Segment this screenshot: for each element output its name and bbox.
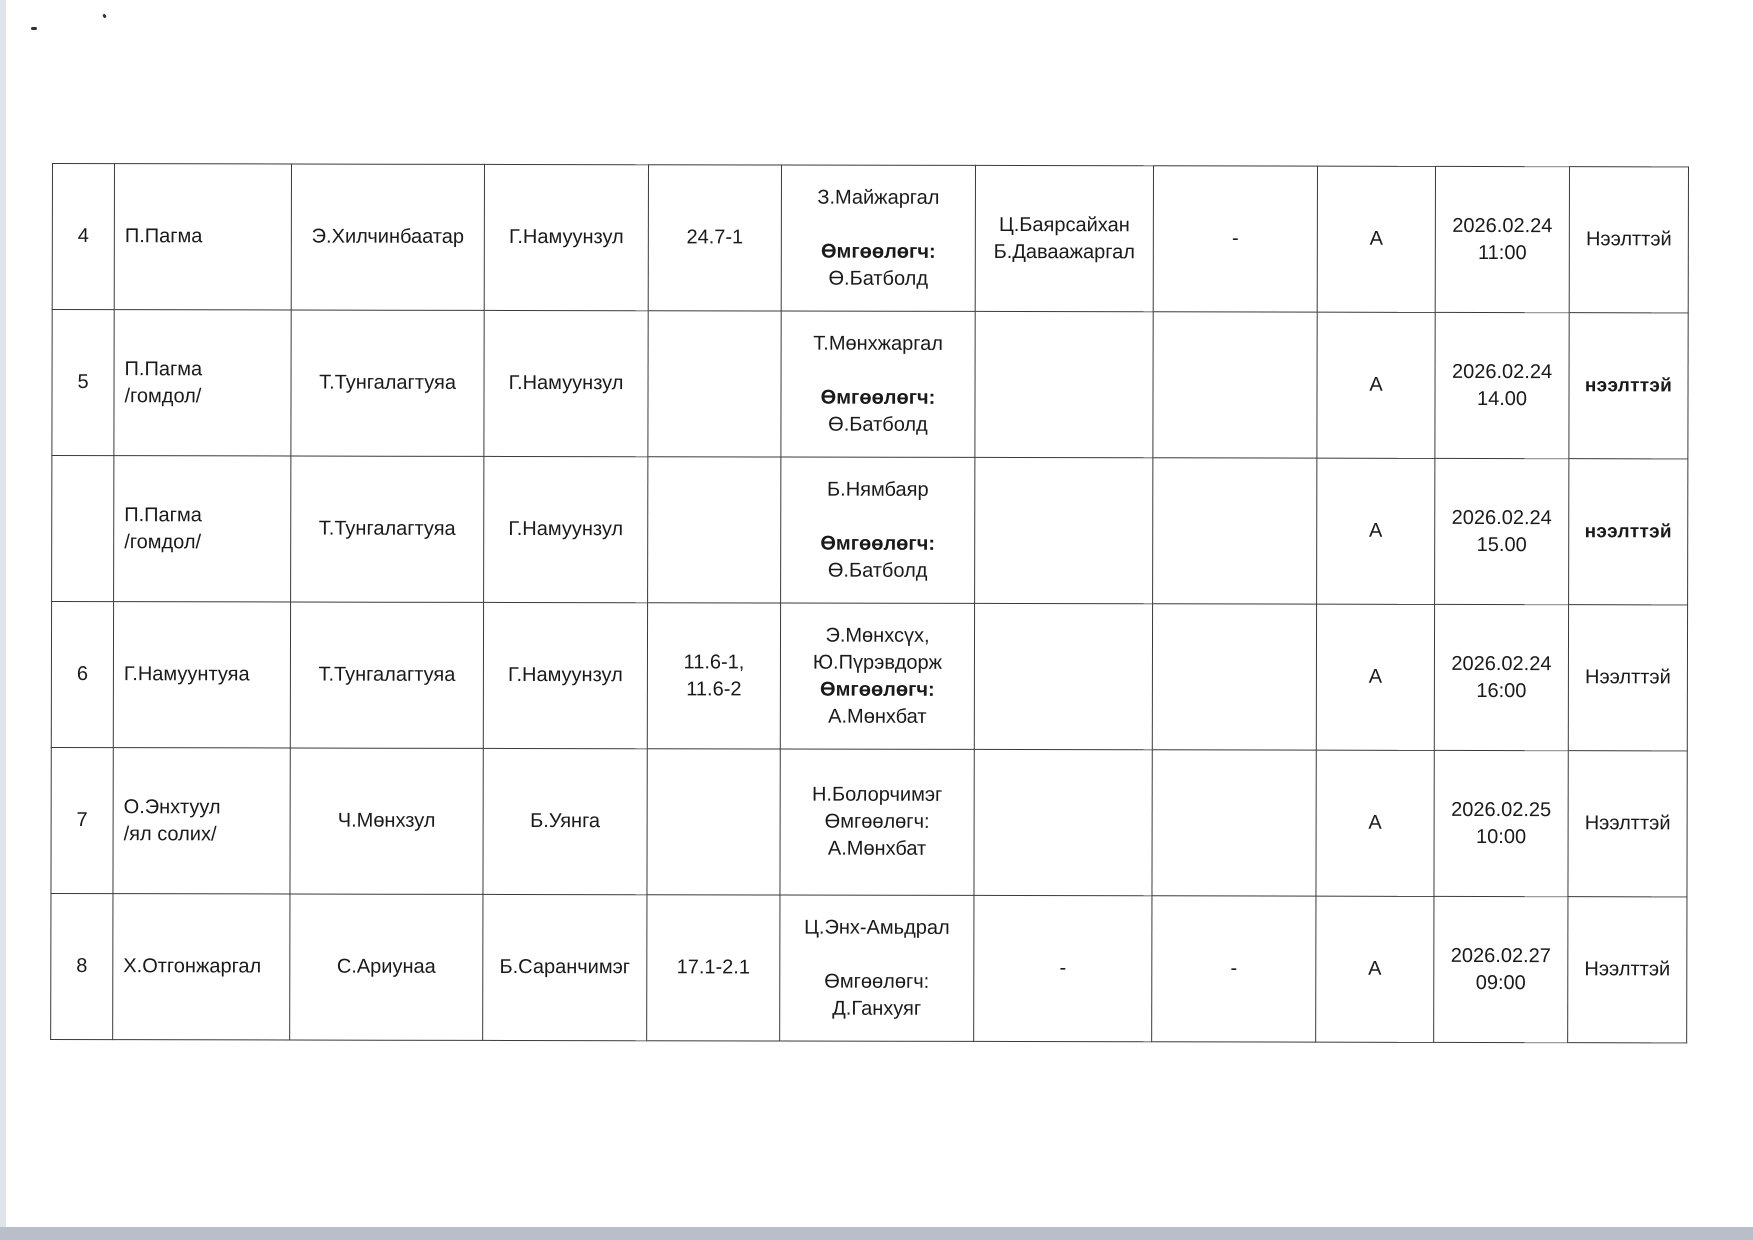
courtroom: А [1369, 374, 1382, 396]
judge-name: Ч.Мөнхзул [338, 810, 436, 832]
courtroom-cell: А [1317, 166, 1435, 312]
participants-cell: Э.Мөнхсүх,Ю.ПүрэвдоржӨмгөөлөгч:А.Мөнхбат [780, 603, 974, 749]
row-number-cell: 4 [52, 164, 114, 310]
secretary-cell: Б.Уянга [483, 748, 647, 894]
secretary-name: Б.Саранчимэг [499, 956, 630, 978]
secretary-cell: Г.Намуунзул [484, 310, 648, 456]
victim-cell: - [1153, 166, 1317, 312]
prosecutor-cell: Ц.БаярсайханБ.Даваажаргал [975, 165, 1153, 311]
hearing-time: 11:00 [1442, 239, 1563, 266]
defendant-cell: Г.Намуунтуяа [113, 602, 290, 748]
judge-name: С.Ариунаа [337, 956, 436, 978]
victim-value: - [1232, 227, 1239, 249]
secretary-cell: Г.Намуунзул [484, 456, 648, 602]
defendant-cell: Х.Отгонжаргал [113, 894, 290, 1040]
defendant-name: Х.Отгонжаргал [123, 953, 283, 980]
judge-name: Т.Тунгалагтуяа [319, 518, 456, 540]
judge-cell: Т.Тунгалагтуяа [291, 310, 484, 456]
secretary-cell: Г.Намуунзул [484, 164, 648, 310]
lawyer-label: Өмгөөлөгч: [787, 530, 968, 557]
judge-cell: Т.Тунгалагтуяа [290, 602, 483, 748]
lawyer-name: Ө.Батболд [787, 557, 968, 584]
courtroom-cell: А [1316, 604, 1434, 750]
participant-name: Ц.Энх-Амьдрал [786, 914, 967, 941]
defendant-name: П.Пагма [125, 356, 285, 383]
hearing-date: 2026.02.24 [1441, 504, 1562, 531]
article-cell: 17.1-2.1 [647, 895, 780, 1041]
victim-cell [1152, 604, 1316, 750]
lawyer-name: А.Мөнхбат [787, 836, 968, 863]
judge-cell: Ч.Мөнхзул [290, 748, 483, 894]
judge-name: Т.Тунгалагтуяа [318, 664, 455, 686]
prosecutor-cell [974, 603, 1152, 749]
participants-cell: З.МайжаргалӨмгөөлөгч:Ө.Батболд [781, 165, 975, 311]
courtroom-cell: А [1317, 312, 1435, 458]
defendant-cell: О.Энхтуул/ял солих/ [113, 748, 290, 894]
courtroom-cell: А [1316, 750, 1434, 896]
scan-left-edge [0, 0, 6, 1240]
secretary-name: Б.Уянга [530, 810, 600, 832]
victim-cell [1153, 312, 1317, 458]
datetime-cell: 2026.02.2416:00 [1434, 604, 1568, 750]
participant-name: Н.Болорчимэг [787, 782, 968, 809]
scan-bottom-edge [0, 1227, 1753, 1240]
victim-cell [1153, 458, 1317, 604]
defendant-name: /гомдол/ [124, 529, 284, 556]
row-number-cell: 7 [51, 747, 113, 893]
participant-name: Ю.Пүрэвдорж [787, 649, 968, 676]
courtroom: А [1368, 812, 1381, 834]
participant-name: Т.Мөнхжаргал [788, 330, 969, 357]
defendant-cell: П.Пагма/гомдол/ [114, 310, 291, 456]
lawyer-label: Өмгөөлөгч: [787, 676, 968, 703]
participant-name: Э.Мөнхсүх, [787, 622, 968, 649]
datetime-cell: 2026.02.2709:00 [1434, 896, 1568, 1042]
participants-cell: Н.БолорчимэгӨмгөөлөгч:А.Мөнхбат [780, 749, 974, 895]
row-number: 5 [77, 371, 88, 393]
table-row: 7О.Энхтуул/ял солих/Ч.МөнхзулБ.УянгаН.Бо… [51, 747, 1687, 896]
participant-name: Б.Нямбаяр [787, 476, 968, 503]
defendant-name: П.Пагма [124, 502, 284, 529]
defendant-cell: П.Пагма [114, 164, 291, 310]
hearing-date: 2026.02.24 [1442, 212, 1563, 239]
hearing-status: Нээлттэй [1585, 666, 1671, 688]
status-cell: нээлттэй [1569, 313, 1688, 459]
judge-name: Т.Тунгалагтуяа [319, 372, 456, 394]
victim-value: - [1230, 957, 1237, 979]
hearing-date: 2026.02.24 [1442, 358, 1563, 385]
article-code: 17.1-2.1 [653, 954, 773, 981]
judge-name: Э.Хилчинбаатар [312, 226, 464, 248]
status-cell: Нээлттэй [1568, 897, 1687, 1043]
participants-cell: Т.МөнхжаргалӨмгөөлөгч:Ө.Батболд [781, 311, 975, 457]
courtroom: А [1369, 520, 1382, 542]
status-cell: нээлттэй [1569, 459, 1688, 605]
hearing-status: Нээлттэй [1585, 812, 1671, 834]
judge-cell: Т.Тунгалагтуяа [291, 456, 484, 602]
table-row: 4П.ПагмаЭ.ХилчинбаатарГ.Намуунзул24.7-1З… [52, 164, 1688, 313]
lawyer-name: А.Мөнхбат [787, 703, 968, 730]
row-number-cell [52, 456, 114, 602]
prosecutor-cell: - [974, 895, 1152, 1041]
judge-cell: С.Ариунаа [290, 894, 483, 1040]
status-cell: Нээлттэй [1569, 167, 1688, 313]
lawyer-name: Д.Ганхуяг [786, 995, 967, 1022]
table-row: 8Х.ОтгонжаргалС.АриунааБ.Саранчимэг17.1-… [51, 893, 1687, 1042]
row-number-cell: 8 [51, 893, 113, 1039]
status-cell: Нээлттэй [1568, 751, 1687, 897]
scan-speck [102, 14, 107, 19]
lawyer-label: Өмгөөлөгч: [786, 968, 967, 995]
table-row: П.Пагма/гомдол/Т.ТунгалагтуяаГ.Намуунзул… [52, 456, 1688, 605]
lawyer-label: Өмгөөлөгч: [787, 384, 968, 411]
article-cell [647, 749, 780, 895]
defendant-cell: П.Пагма/гомдол/ [114, 456, 291, 602]
hearing-time: 14.00 [1441, 385, 1562, 412]
datetime-cell: 2026.02.2411:00 [1435, 166, 1569, 312]
prosecutor-name: - [980, 955, 1145, 982]
secretary-name: Г.Намуунзул [508, 518, 623, 540]
table-row: 5П.Пагма/гомдол/Т.ТунгалагтуяаГ.Намуунзу… [52, 310, 1688, 459]
hearing-status: Нээлттэй [1584, 958, 1670, 980]
courtroom: А [1369, 666, 1382, 688]
article-code: 11.6-2 [654, 676, 774, 703]
judge-cell: Э.Хилчинбаатар [291, 164, 484, 310]
hearing-time: 15.00 [1441, 531, 1562, 558]
victim-cell: - [1152, 896, 1316, 1042]
prosecutor-cell [974, 749, 1152, 895]
row-number: 6 [77, 663, 88, 685]
article-cell [648, 311, 781, 457]
victim-cell [1152, 750, 1316, 896]
datetime-cell: 2026.02.2415.00 [1435, 458, 1569, 604]
participants-cell: Б.НямбаярӨмгөөлөгч:Ө.Батболд [781, 457, 975, 603]
row-number-cell: 5 [52, 310, 114, 456]
hearing-date: 2026.02.27 [1440, 942, 1561, 969]
status-cell: Нээлттэй [1568, 605, 1687, 751]
defendant-name: П.Пагма [125, 223, 285, 250]
datetime-cell: 2026.02.2414.00 [1435, 312, 1569, 458]
secretary-name: Г.Намуунзул [509, 226, 624, 248]
scan-speck [31, 27, 37, 30]
lawyer-label: Өмгөөлөгч: [788, 238, 969, 265]
lawyer-label: Өмгөөлөгч: [787, 809, 968, 836]
hearing-schedule-table: 4П.ПагмаЭ.ХилчинбаатарГ.Намуунзул24.7-1З… [50, 163, 1689, 1043]
hearing-status: Нээлттэй [1586, 228, 1672, 250]
defendant-name: О.Энхтуул [124, 794, 284, 821]
courtroom-cell: А [1316, 896, 1434, 1042]
defendant-name: /ял солих/ [124, 821, 284, 848]
datetime-cell: 2026.02.2510:00 [1434, 750, 1568, 896]
hearing-time: 10:00 [1441, 823, 1562, 850]
prosecutor-name: Ц.Баярсайхан [982, 211, 1147, 238]
hearing-date: 2026.02.25 [1441, 796, 1562, 823]
secretary-cell: Б.Саранчимэг [483, 894, 647, 1040]
courtroom: А [1368, 958, 1381, 980]
hearing-status: нээлттэй [1585, 375, 1672, 396]
prosecutor-name: Б.Даваажаргал [982, 238, 1147, 265]
hearing-time: 09:00 [1440, 969, 1561, 996]
courtroom: А [1370, 228, 1383, 250]
secretary-name: Г.Намуунзул [508, 664, 623, 686]
prosecutor-cell [975, 311, 1153, 457]
secretary-name: Г.Намуунзул [509, 372, 624, 394]
courtroom-cell: А [1317, 458, 1435, 604]
article-code: 24.7-1 [655, 224, 775, 251]
defendant-name: /гомдол/ [124, 383, 284, 410]
table-row: 6Г.НамуунтуяаТ.ТунгалагтуяаГ.Намуунзул11… [51, 602, 1687, 751]
secretary-cell: Г.Намуунзул [483, 602, 647, 748]
article-cell [648, 457, 781, 603]
article-cell: 11.6-1,11.6-2 [647, 603, 780, 749]
participant-name: З.Майжаргал [788, 184, 969, 211]
participants-cell: Ц.Энх-АмьдралӨмгөөлөгч:Д.Ганхуяг [780, 895, 974, 1041]
lawyer-name: Ө.Батболд [788, 265, 969, 292]
hearing-status: нээлттэй [1585, 521, 1672, 542]
hearing-time: 16:00 [1441, 677, 1562, 704]
lawyer-name: Ө.Батболд [787, 411, 968, 438]
article-cell: 24.7-1 [648, 165, 781, 311]
row-number: 4 [78, 225, 89, 247]
row-number: 7 [77, 809, 88, 831]
prosecutor-cell [975, 457, 1153, 603]
article-code: 11.6-1, [654, 649, 774, 676]
row-number-cell: 6 [51, 602, 113, 748]
defendant-name: Г.Намуунтуяа [124, 661, 284, 688]
hearing-date: 2026.02.24 [1441, 650, 1562, 677]
row-number: 8 [76, 955, 87, 977]
